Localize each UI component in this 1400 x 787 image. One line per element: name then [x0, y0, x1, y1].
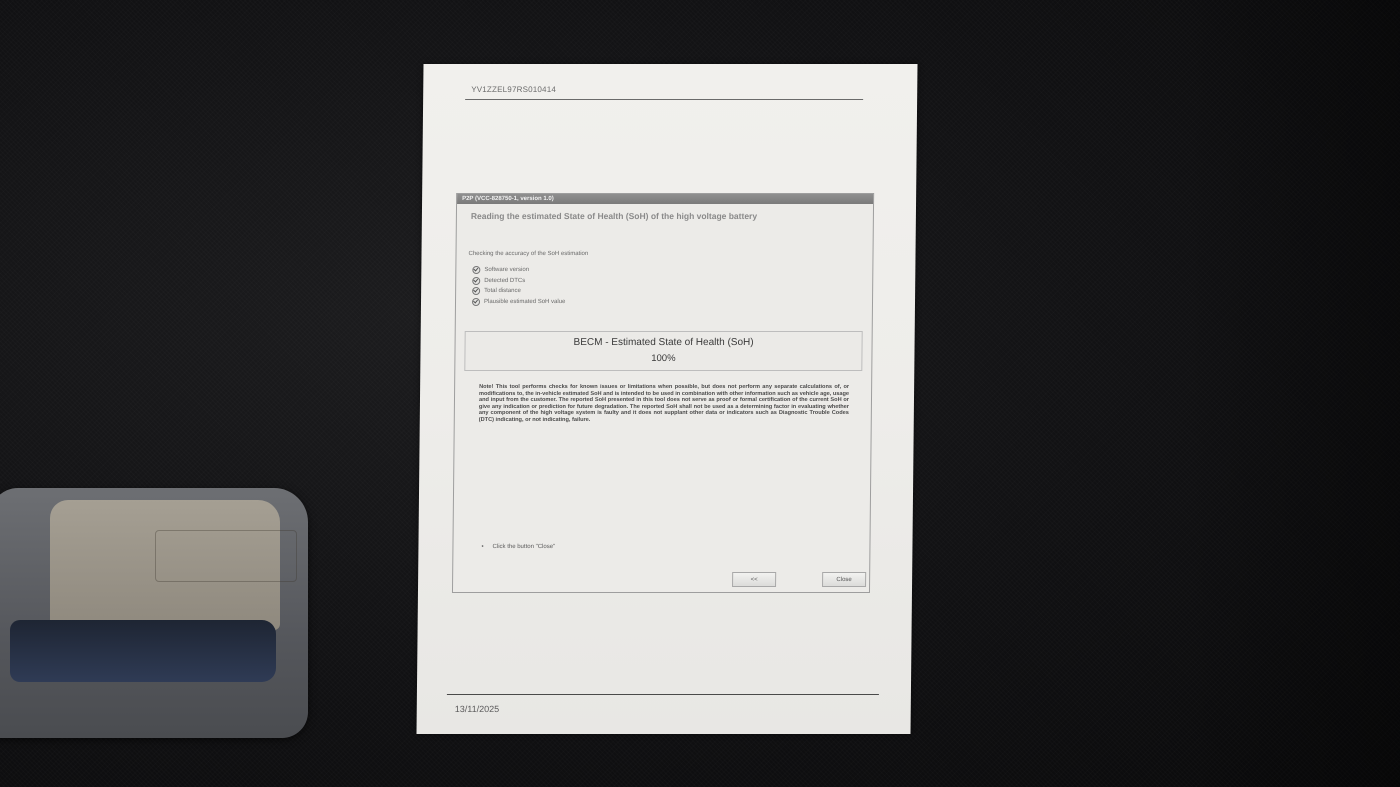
check-label: Software version	[484, 267, 529, 273]
hook-cover-top	[50, 500, 280, 630]
close-button[interactable]: Close	[822, 572, 866, 587]
check-circle-icon	[472, 287, 480, 295]
list-item: Software version	[472, 265, 566, 276]
printed-report: YV1ZZEL97RS010414 P2P (VCC-828750-1, ver…	[416, 64, 917, 734]
soh-result-box: BECM - Estimated State of Health (SoH) 1…	[464, 331, 862, 371]
page-title: Reading the estimated State of Health (S…	[471, 211, 757, 221]
bag-hook-emblem-icon	[155, 530, 297, 582]
list-item: Detected DTCs	[472, 276, 566, 287]
print-date: 13/11/2025	[455, 704, 499, 714]
shadow-overlay	[1180, 0, 1400, 787]
check-circle-icon	[472, 298, 480, 306]
instruction-text: Click the button "Close"	[481, 544, 555, 550]
back-button[interactable]: <<	[732, 572, 776, 587]
check-list: Software version Detected DTCs Total dis…	[472, 265, 566, 307]
list-item: Plausible estimated SoH value	[472, 297, 566, 308]
check-label: Plausible estimated SoH value	[484, 299, 565, 305]
trunk-hook-cover	[0, 488, 308, 738]
check-label: Total distance	[484, 288, 521, 294]
check-heading: Checking the accuracy of the SoH estimat…	[468, 251, 588, 257]
hook-slot	[10, 620, 276, 682]
check-circle-icon	[472, 266, 480, 274]
check-label: Detected DTCs	[484, 278, 525, 284]
soh-label: BECM - Estimated State of Health (SoH)	[466, 337, 862, 348]
soh-value: 100%	[465, 353, 861, 364]
window-titlebar: P2P (VCC-828750-1, version 1.0)	[457, 194, 873, 204]
header-divider	[465, 99, 863, 100]
vin-number: YV1ZZEL97RS010414	[471, 85, 556, 94]
footer-divider	[447, 694, 879, 695]
diagnostic-window: P2P (VCC-828750-1, version 1.0) Reading …	[452, 193, 874, 593]
check-circle-icon	[472, 277, 480, 285]
disclaimer-note: Note! This tool performs checks for know…	[479, 384, 849, 423]
list-item: Total distance	[472, 286, 566, 297]
